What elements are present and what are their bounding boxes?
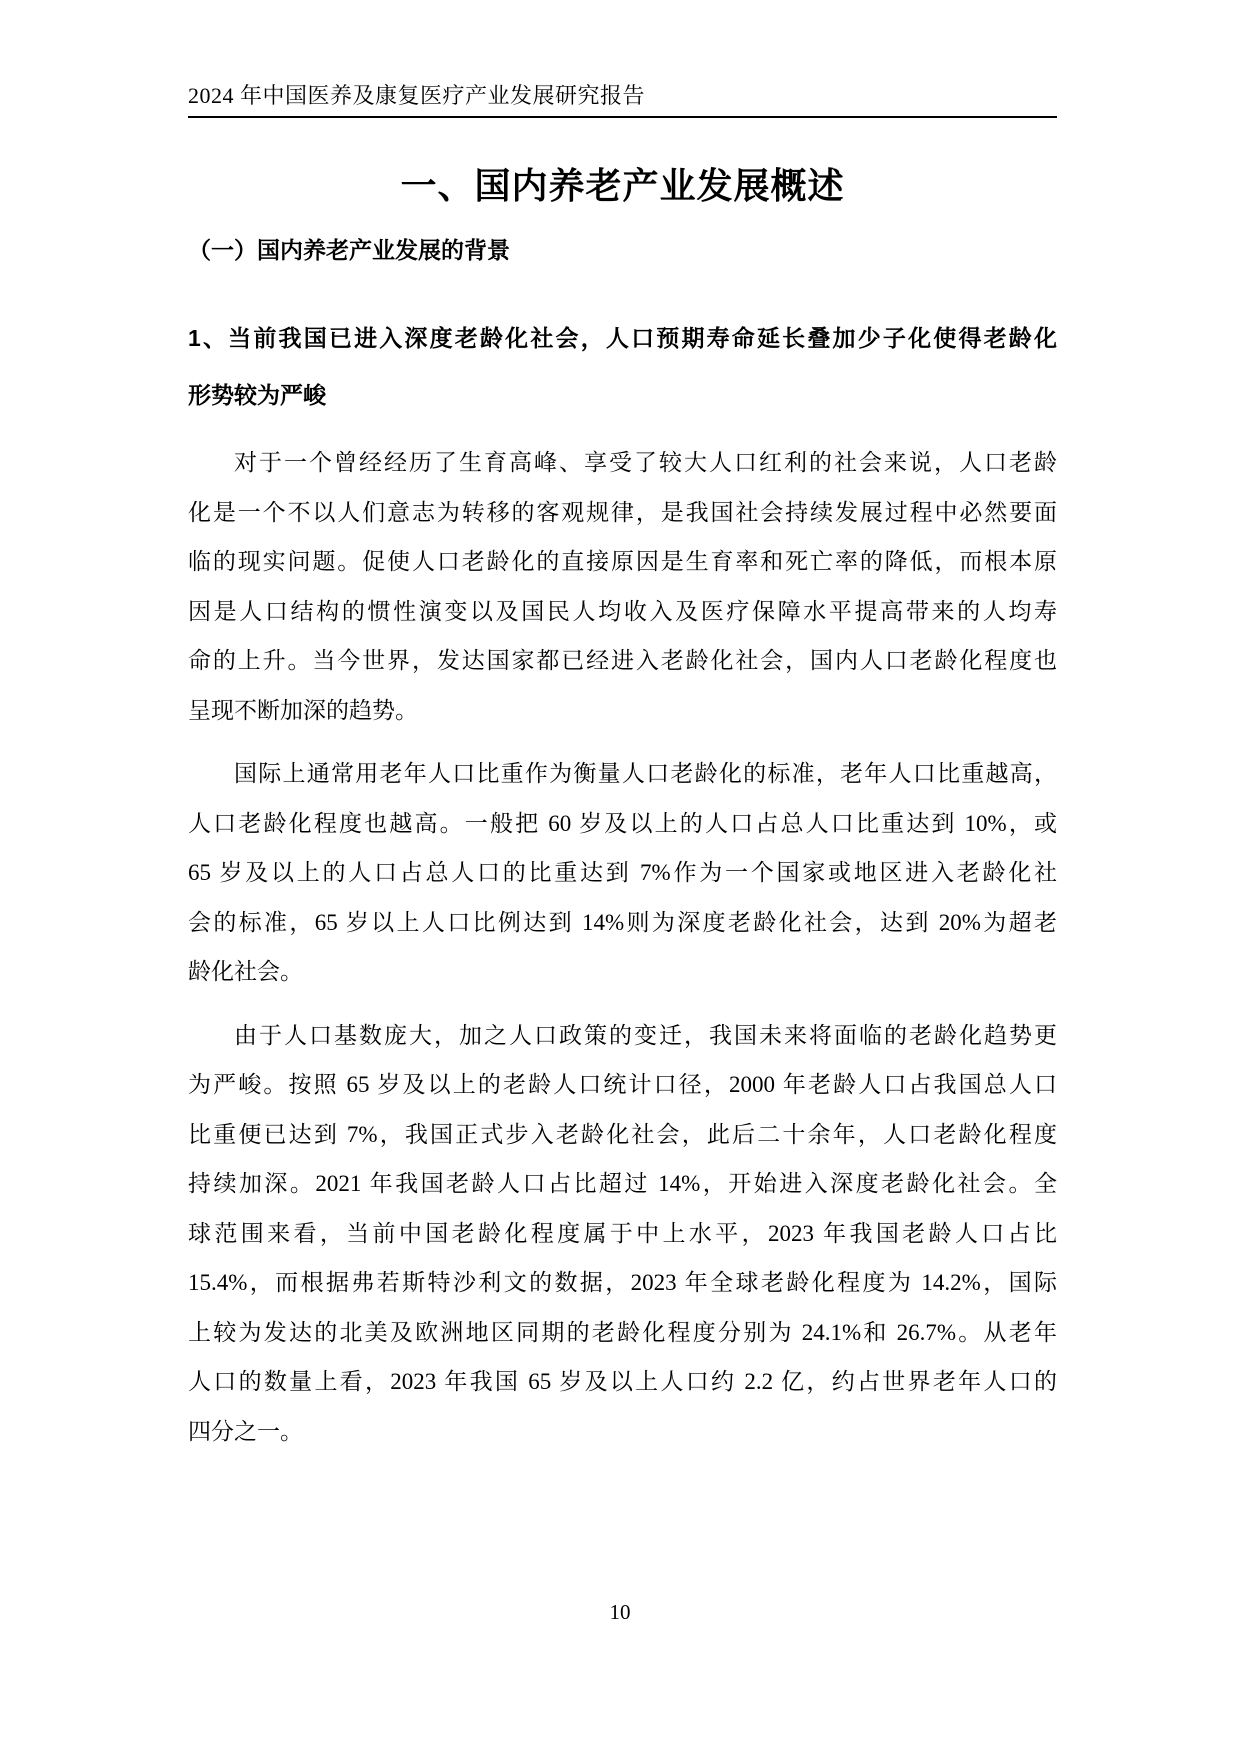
text-line: 比重便已达到 7%，我国正式步入老龄化社会，此后二十余年，人口老龄化程度 xyxy=(188,1110,1057,1160)
text-line: 命的上升。当今世界，发达国家都已经进入老龄化社会，国内人口老龄化程度也 xyxy=(188,636,1057,686)
text-line: 人口的数量上看，2023 年我国 65 岁及以上人口约 2.2 亿，约占世界老年… xyxy=(188,1357,1057,1407)
paragraph: 由于人口基数庞大，加之人口政策的变迁，我国未来将面临的老龄化趋势更为严峻。按照 … xyxy=(188,1011,1057,1457)
text-line: 临的现实问题。促使人口老龄化的直接原因是生育率和死亡率的降低，而根本原 xyxy=(188,537,1057,587)
subheading: 1、当前我国已进入深度老龄化社会，人口预期寿命延长叠加少子化使得老龄化形势较为严… xyxy=(188,310,1057,424)
text-line: 对于一个曾经经历了生育高峰、享受了较大人口红利的社会来说，人口老龄 xyxy=(188,438,1057,488)
text-line: 为严峻。按照 65 岁及以上的老龄人口统计口径，2000 年老龄人口占我国总人口 xyxy=(188,1060,1057,1110)
text-line: 四分之一。 xyxy=(188,1407,1057,1457)
page-content: 2024 年中国医养及康复医疗产业发展研究报告 一、国内养老产业发展概述 （一）… xyxy=(188,0,1057,1456)
text-line: 15.4%，而根据弗若斯特沙利文的数据，2023 年全球老龄化程度为 14.2%… xyxy=(188,1258,1057,1308)
text-line: 持续加深。2021 年我国老龄人口占比超过 14%，开始进入深度老龄化社会。全 xyxy=(188,1159,1057,1209)
text-line: 国际上通常用老年人口比重作为衡量人口老龄化的标准，老年人口比重越高， xyxy=(188,749,1057,799)
text-line: 化是一个不以人们意志为转移的客观规律，是我国社会持续发展过程中必然要面 xyxy=(188,488,1057,538)
text-line: 65 岁及以上的人口占总人口的比重达到 7%作为一个国家或地区进入老龄化社 xyxy=(188,848,1057,898)
paragraph: 国际上通常用老年人口比重作为衡量人口老龄化的标准，老年人口比重越高，人口老龄化程… xyxy=(188,749,1057,997)
text-line: 1、当前我国已进入深度老龄化社会，人口预期寿命延长叠加少子化使得老龄化 xyxy=(188,310,1057,367)
document-page: 2024 年中国医养及康复医疗产业发展研究报告 一、国内养老产业发展概述 （一）… xyxy=(0,0,1240,1754)
chapter-title: 一、国内养老产业发展概述 xyxy=(188,164,1057,208)
page-number: 10 xyxy=(0,1600,1240,1624)
header-title: 2024 年中国医养及康复医疗产业发展研究报告 xyxy=(188,84,1057,108)
text-line: 会的标准，65 岁以上人口比例达到 14%则为深度老龄化社会，达到 20%为超老 xyxy=(188,898,1057,948)
section-heading: （一）国内养老产业发展的背景 xyxy=(188,234,1057,266)
text-line: 呈现不断加深的趋势。 xyxy=(188,686,1057,736)
text-line: 龄化社会。 xyxy=(188,947,1057,997)
text-line: 形势较为严峻 xyxy=(188,367,1057,424)
text-line: 上较为发达的北美及欧洲地区同期的老龄化程度分别为 24.1%和 26.7%。从老… xyxy=(188,1308,1057,1358)
text-line: 人口老龄化程度也越高。一般把 60 岁及以上的人口占总人口比重达到 10%，或 xyxy=(188,799,1057,849)
paragraph: 对于一个曾经经历了生育高峰、享受了较大人口红利的社会来说，人口老龄化是一个不以人… xyxy=(188,438,1057,735)
text-line: 球范围来看，当前中国老龄化程度属于中上水平，2023 年我国老龄人口占比 xyxy=(188,1209,1057,1259)
document-body: 1、当前我国已进入深度老龄化社会，人口预期寿命延长叠加少子化使得老龄化形势较为严… xyxy=(188,310,1057,1456)
text-line: 因是人口结构的惯性演变以及国民人均收入及医疗保障水平提高带来的人均寿 xyxy=(188,587,1057,637)
text-line: 由于人口基数庞大，加之人口政策的变迁，我国未来将面临的老龄化趋势更 xyxy=(188,1011,1057,1061)
page-header: 2024 年中国医养及康复医疗产业发展研究报告 xyxy=(188,0,1057,118)
